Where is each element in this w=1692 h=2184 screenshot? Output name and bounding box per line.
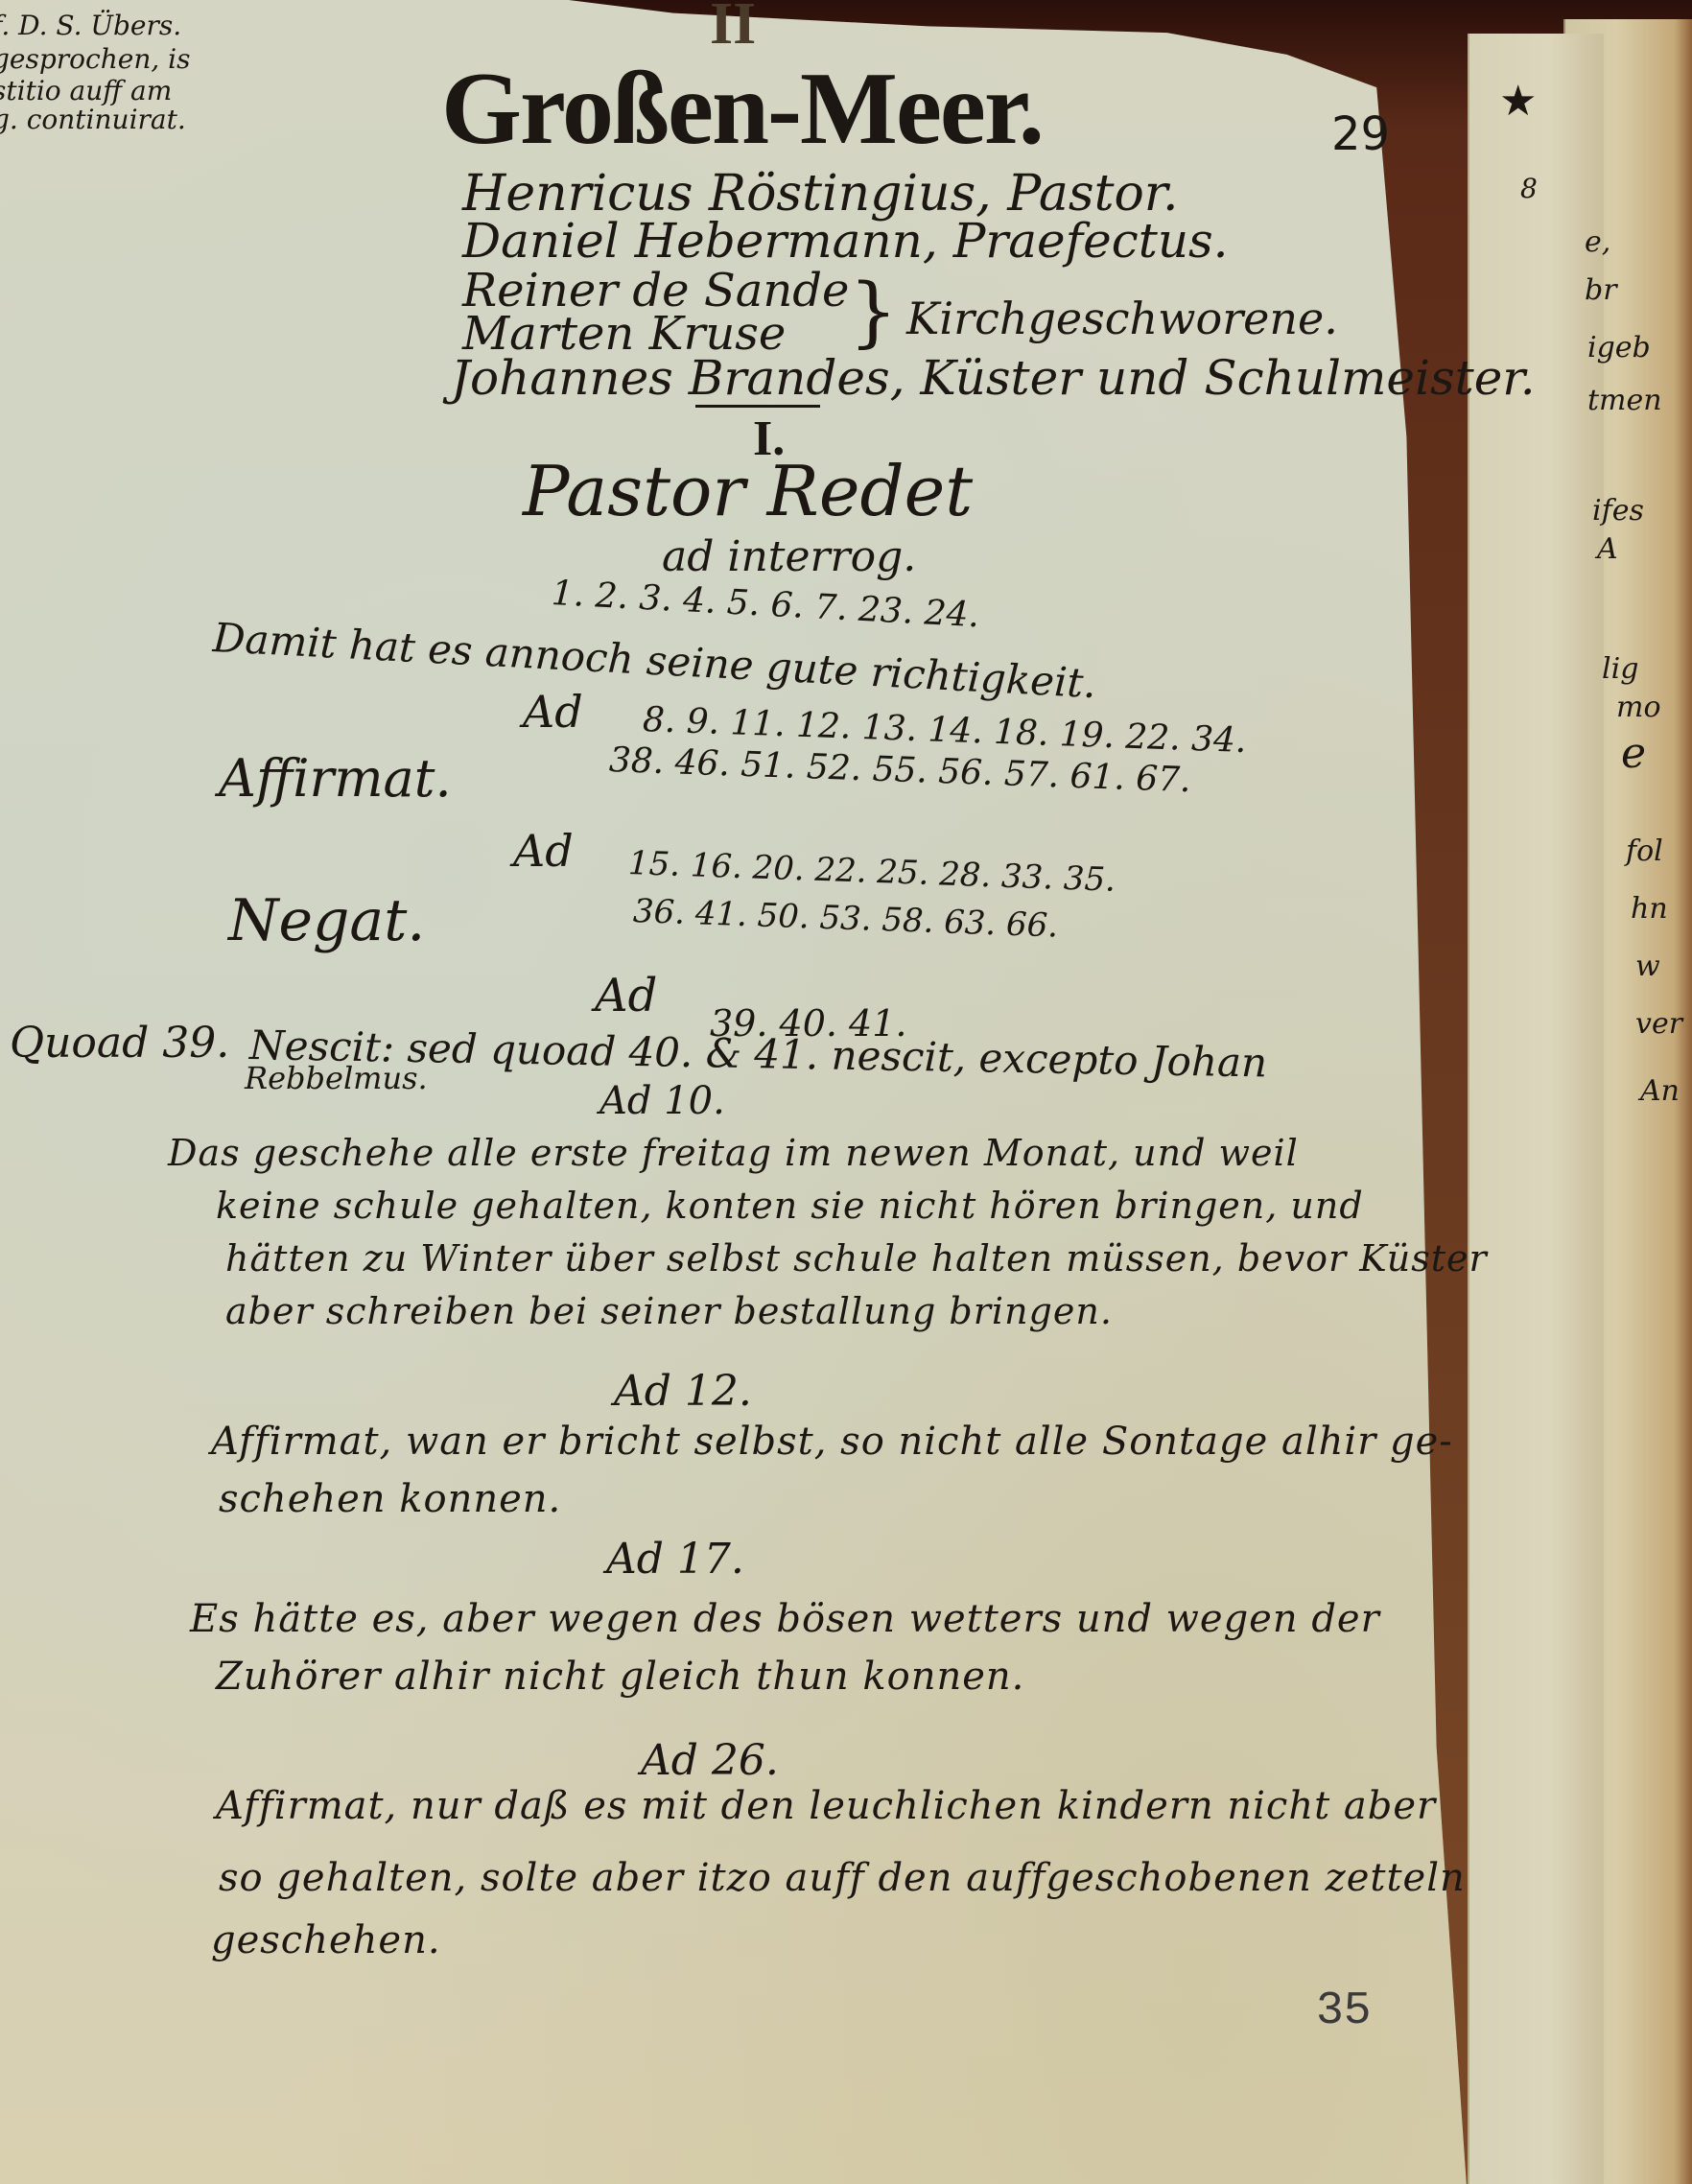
entry-line: so gehalten, solte aber itzo auff den au…	[219, 1856, 1466, 1900]
margin-note-line: gesprochen, is	[0, 43, 190, 75]
entry-verdict: Affirmat.	[219, 748, 452, 809]
page-title: Großen-Meer.	[441, 50, 1043, 169]
fragment: igeb	[1587, 331, 1651, 364]
entry-label: Ad 12.	[614, 1367, 752, 1416]
fragment: e	[1621, 729, 1646, 778]
fragment: e,	[1585, 225, 1610, 259]
fragment: A	[1597, 532, 1618, 566]
margin-note-line: g. continuirat.	[0, 104, 186, 135]
fragment: hn	[1631, 892, 1668, 926]
stamped-page-number: 35	[1316, 1985, 1372, 2037]
entry-label: Ad 26.	[641, 1736, 779, 1785]
entry-line: hätten zu Winter über selbst schule halt…	[225, 1237, 1488, 1280]
entry-line: aber schreiben bei seiner bestallung bri…	[225, 1290, 1113, 1332]
person-name: Johannes Brandes,	[451, 350, 905, 406]
entry-label: Ad	[513, 825, 574, 877]
fragment: ver	[1635, 1007, 1682, 1041]
margin-note-line: f. D. S. Übers.	[0, 10, 181, 41]
entry-line: keine schule gehalten, konten sie nicht …	[216, 1185, 1364, 1227]
margin-note-line: stitio auff am	[0, 75, 172, 106]
entry-label: Ad 17.	[606, 1535, 744, 1584]
divider-flourish	[695, 405, 820, 408]
fragment: An	[1640, 1074, 1680, 1108]
entry-label: Ad	[595, 969, 657, 1022]
entry-text: Rebbelmus.	[245, 1060, 428, 1096]
brace-mark: }	[849, 267, 898, 356]
entry-line: geschehen.	[211, 1918, 441, 1962]
heading: Pastor Redet	[523, 451, 973, 531]
person-role: Praefectus.	[953, 213, 1229, 269]
adjacent-leaf-mark: 8	[1520, 173, 1538, 204]
fragment: ifes	[1592, 494, 1644, 528]
fragment: br	[1585, 273, 1617, 307]
fragment: tmen	[1587, 384, 1662, 417]
entry-label: Ad	[523, 686, 583, 738]
folio-number: 29	[1331, 107, 1390, 161]
entry-line: Es hätte es, aber wegen des bösen wetter…	[190, 1597, 1380, 1641]
entry-line: Affirmat, wan er bricht selbst, so nicht…	[211, 1420, 1453, 1464]
star-mark-icon: ★	[1499, 77, 1537, 126]
entry-verdict: Negat.	[228, 887, 425, 954]
person-name: Daniel Hebermann,	[462, 213, 938, 269]
entry-line: Zuhörer alhir nicht gleich thun konnen.	[216, 1655, 1024, 1699]
person-row: Daniel Hebermann, Praefectus.	[462, 213, 1229, 269]
entry-line: Affirmat, nur daß es mit den leuchlichen…	[216, 1784, 1436, 1828]
entry-line: schehen konnen.	[219, 1477, 561, 1521]
person-role: Kirchgeschworene.	[906, 293, 1338, 344]
fragment: w	[1635, 950, 1660, 983]
fragment: mo	[1616, 691, 1661, 724]
entry-label: Ad 10.	[599, 1079, 725, 1123]
person-row: Johannes Brandes, Küster und Schulmeiste…	[451, 350, 1536, 406]
entry-line: Das geschehe alle erste freitag im newen…	[168, 1132, 1299, 1174]
fragment: lig	[1602, 652, 1638, 686]
margin-quoad: Quoad 39.	[10, 1019, 229, 1068]
person-role: Küster und Schulmeister.	[920, 350, 1535, 406]
subheading: ad interrog.	[662, 532, 916, 581]
fragment: fol	[1626, 834, 1663, 868]
